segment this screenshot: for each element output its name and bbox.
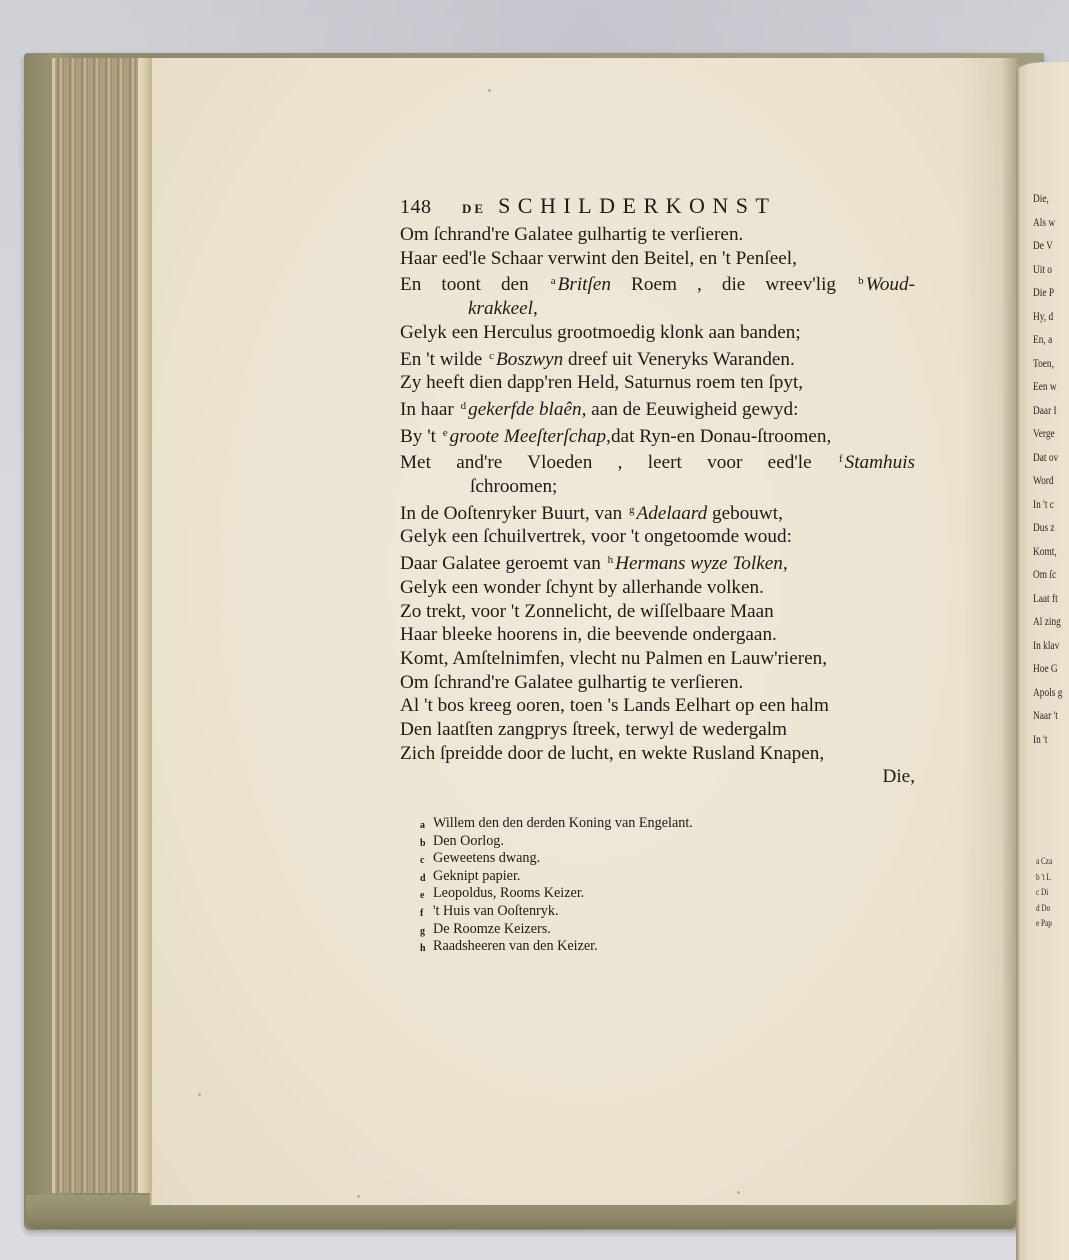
footnote-ref: g xyxy=(629,504,635,516)
verse-italic: Boszwyn xyxy=(496,349,563,370)
footnote-mark: e xyxy=(420,886,433,904)
verse-line: Al 't bos kreeg ooren, toen 's Lands Eel… xyxy=(400,694,915,718)
verse-text: En 't wilde xyxy=(400,349,487,370)
footnote-text: Leopoldus, Rooms Keizer. xyxy=(433,886,584,904)
verse-line: By 't egroote Meeſterſchap,dat Ryn-en Do… xyxy=(400,422,915,449)
footnote-ref: b xyxy=(858,275,864,287)
paper-speck xyxy=(737,1191,740,1194)
verse-italic: Adelaard xyxy=(637,503,708,524)
footnote-mark: f xyxy=(420,904,433,922)
verse-italic: groote Meeſterſchap xyxy=(450,426,606,447)
page-number: 148 xyxy=(400,196,462,219)
verse-text: En toont den xyxy=(400,274,549,295)
facing-page-notes: a Cza b 't L c Di d Do e Pap xyxy=(1036,854,1052,932)
footnote: gDe Roomze Keizers. xyxy=(420,922,693,940)
verse-line: Zo trekt, voor 't Zonnelicht, de wiſſelb… xyxy=(400,600,915,624)
facing-line: Apols g xyxy=(1033,681,1062,705)
verse-line: En 't wilde cBoszwyn dreef uit Veneryks … xyxy=(400,345,915,372)
facing-note: b 't L xyxy=(1036,870,1052,886)
facing-line: Hy, d xyxy=(1033,305,1062,329)
verse-text: dreef uit Veneryks Waranden. xyxy=(563,349,795,370)
facing-line: Die P xyxy=(1033,281,1062,305)
footnote: aWillem den den derden Koning van Engela… xyxy=(420,816,693,834)
verse-italic: Stamhuis xyxy=(845,452,915,473)
right-page-edge: Die, Als w De V Uit o Die P Hy, d En, a … xyxy=(1016,62,1069,1260)
page-stack-inner-edge xyxy=(138,58,150,1193)
facing-line: In 't xyxy=(1033,728,1062,752)
facing-page-lines: Die, Als w De V Uit o Die P Hy, d En, a … xyxy=(1033,187,1062,751)
facing-line: Komt, xyxy=(1033,540,1062,564)
footnote-ref: a xyxy=(551,275,556,287)
verse-line: En toont den aBritſen Roem , die wreev'l… xyxy=(400,270,915,297)
facing-line: In klav xyxy=(1033,634,1062,658)
verse-line-continuation: krakkeel, xyxy=(400,297,915,321)
running-head-prefix: DE xyxy=(462,201,486,217)
verse-line: In haar dgekerfde blaên, aan de Eeuwighe… xyxy=(400,395,915,422)
footnote: dGeknipt papier. xyxy=(420,869,693,887)
footnote: cGeweetens dwang. xyxy=(420,851,693,869)
verse-line: Om ſchrand're Galatee gulhartig te verſi… xyxy=(400,671,915,695)
footnote-text: Den Oorlog. xyxy=(433,834,504,852)
verse-line: Gelyk een ſchuilvertrek, voor 't ongetoo… xyxy=(400,525,915,549)
facing-note: a Cza xyxy=(1036,854,1052,870)
verse-italic: Hermans wyze Tolken xyxy=(615,553,783,574)
facing-line: De V xyxy=(1033,234,1062,258)
verse-line: Komt, Amſtelnimfen, vlecht nu Palmen en … xyxy=(400,647,915,671)
catchword: Die, xyxy=(400,765,915,789)
footnote: f't Huis van Ooſtenryk. xyxy=(420,904,693,922)
footnote-text: Raadsheeren van den Keizer. xyxy=(433,939,598,957)
verse-line: In de Ooſtenryker Buurt, van gAdelaard g… xyxy=(400,499,915,526)
verse-line: Gelyk een wonder ſchynt by allerhande vo… xyxy=(400,576,915,600)
footnote-text: 't Huis van Ooſtenryk. xyxy=(433,904,559,922)
facing-line: Al zing xyxy=(1033,610,1062,634)
verse-line: Den laatſten zangprys ſtreek, terwyl de … xyxy=(400,718,915,742)
running-head-title: SCHILDERKONST xyxy=(498,193,776,219)
verse-italic: krakkeel xyxy=(468,298,533,319)
verse-line: Daar Galatee geroemt van hHermans wyze T… xyxy=(400,549,915,576)
verse-line: Om ſchrand're Galatee gulhartig te verſi… xyxy=(400,223,915,247)
facing-line: Om ſc xyxy=(1033,563,1062,587)
verse-text: ,dat Ryn-en Donau-ſtroomen, xyxy=(606,426,831,447)
footnote-ref: f xyxy=(839,453,843,465)
facing-line: En, a xyxy=(1033,328,1062,352)
facing-line: Die, xyxy=(1033,187,1062,211)
verse-line: Zy heeft dien dapp'ren Held, Saturnus ro… xyxy=(400,371,915,395)
facing-line: Naar 't xyxy=(1033,704,1062,728)
footnote-mark: h xyxy=(420,939,433,957)
verse-text: Daar Galatee geroemt van xyxy=(400,553,606,574)
verse-line: Zich ſpreidde door de lucht, en wekte Ru… xyxy=(400,742,915,766)
facing-line: Verge xyxy=(1033,422,1062,446)
footnote-text: Willem den den derden Koning van Engelan… xyxy=(433,816,693,834)
verse-line: Haar eed'le Schaar verwint den Beitel, e… xyxy=(400,247,915,271)
footnote-text: Geweetens dwang. xyxy=(433,851,540,869)
footnote: eLeopoldus, Rooms Keizer. xyxy=(420,886,693,904)
facing-line: Word xyxy=(1033,469,1062,493)
facing-line: Als w xyxy=(1033,211,1062,235)
footnote-text: De Roomze Keizers. xyxy=(433,922,551,940)
footnote-text: Geknipt papier. xyxy=(433,869,520,887)
verse-text: By 't xyxy=(400,426,441,447)
verse-line-continuation: ſchroomen; xyxy=(400,475,915,499)
paper-speck xyxy=(488,89,491,92)
footnote-mark: g xyxy=(420,922,433,940)
facing-line: Laat ft xyxy=(1033,587,1062,611)
footnotes: aWillem den den derden Koning van Engela… xyxy=(420,816,693,957)
facing-line: Hoe G xyxy=(1033,657,1062,681)
running-head: 148 DE SCHILDERKONST xyxy=(400,193,915,223)
verse-text: gebouwt, xyxy=(707,503,783,524)
verse-italic: gekerfde blaên xyxy=(468,399,581,420)
facing-line: Dus z xyxy=(1033,516,1062,540)
footnote-ref: h xyxy=(608,554,614,566)
footnote-mark: a xyxy=(420,816,433,834)
verse-line: Gelyk een Herculus grootmoedig klonk aan… xyxy=(400,321,915,345)
text-block: 148 DE SCHILDERKONST Om ſchrand're Galat… xyxy=(400,193,915,789)
gutter-shadow xyxy=(960,58,1018,1205)
facing-line: Toen, xyxy=(1033,352,1062,376)
paper-speck xyxy=(198,1093,201,1096)
verse-text: Met and're Vloeden , leert voor eed'le xyxy=(400,452,837,473)
facing-note: d Do xyxy=(1036,901,1052,917)
verse-text: In de Ooſtenryker Buurt, van xyxy=(400,503,627,524)
verse-text: Roem , die wreev'lig xyxy=(611,274,856,295)
verse-text: , xyxy=(783,553,788,574)
verse-text: , xyxy=(533,298,538,319)
verse-line: Haar bleeke hoorens in, die beevende ond… xyxy=(400,623,915,647)
facing-note: e Pap xyxy=(1036,916,1052,932)
footnote-mark: c xyxy=(420,851,433,869)
facing-note: c Di xyxy=(1036,885,1052,901)
verse-italic: Britſen xyxy=(558,274,611,295)
facing-line: Dat ov xyxy=(1033,446,1062,470)
verse-text: , aan de Eeuwigheid gewyd: xyxy=(582,399,799,420)
facing-line: Uit o xyxy=(1033,258,1062,282)
facing-line: Een w xyxy=(1033,375,1062,399)
verse-italic: Woud- xyxy=(866,274,915,295)
footnote-mark: d xyxy=(420,869,433,887)
paper-speck xyxy=(357,1195,360,1198)
page-stack-edge xyxy=(52,58,150,1193)
footnote-ref: d xyxy=(461,400,467,412)
footnote-ref: e xyxy=(443,427,448,439)
footnote: bDen Oorlog. xyxy=(420,834,693,852)
footnote-mark: b xyxy=(420,834,433,852)
verse-line: Met and're Vloeden , leert voor eed'le f… xyxy=(400,448,915,475)
facing-line: In 't c xyxy=(1033,493,1062,517)
verse-body: Om ſchrand're Galatee gulhartig te verſi… xyxy=(400,223,915,789)
footnote-ref: c xyxy=(489,350,494,362)
footnote: hRaadsheeren van den Keizer. xyxy=(420,939,693,957)
verse-text: In haar xyxy=(400,399,459,420)
facing-line: Daar I xyxy=(1033,399,1062,423)
